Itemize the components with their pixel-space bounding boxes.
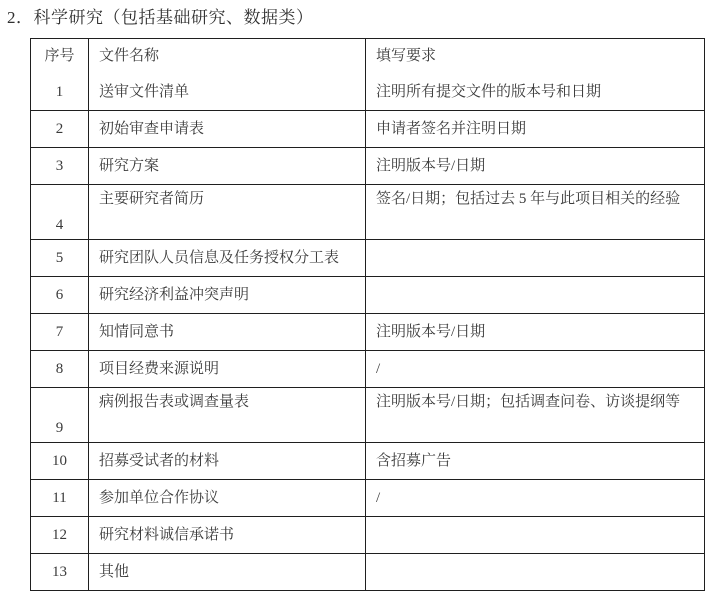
document-page: 2．科学研究（包括基础研究、数据类） 序号 文件名称 填写要求 1送审文件清单注… bbox=[0, 0, 716, 615]
table-row: 5研究团队人员信息及任务授权分工表 bbox=[31, 239, 704, 276]
table-row: 9病例报告表或调查量表注明版本号/日期；包括调查问卷、访谈提纲等 bbox=[31, 387, 704, 442]
table-row: 10招募受试者的材料含招募广告 bbox=[31, 442, 704, 479]
table-row: 13其他 bbox=[31, 553, 704, 590]
document-name: 研究材料诚信承诺书 bbox=[88, 517, 365, 553]
table-row: 6研究经济利益冲突声明 bbox=[31, 276, 704, 313]
table-row: 8项目经费来源说明/ bbox=[31, 350, 704, 387]
row-number: 7 bbox=[31, 314, 88, 350]
document-name: 主要研究者简历 bbox=[88, 185, 365, 239]
fill-requirement: / bbox=[365, 480, 704, 516]
table-row: 7知情同意书注明版本号/日期 bbox=[31, 313, 704, 350]
fill-requirement bbox=[365, 554, 704, 590]
table-row: 1送审文件清单注明所有提交文件的版本号和日期 bbox=[31, 73, 704, 110]
row-number: 13 bbox=[31, 554, 88, 590]
row-number: 11 bbox=[31, 480, 88, 516]
row-number: 12 bbox=[31, 517, 88, 553]
section-title: 2．科学研究（包括基础研究、数据类） bbox=[7, 7, 314, 29]
table-row: 3研究方案注明版本号/日期 bbox=[31, 147, 704, 184]
fill-requirement bbox=[365, 240, 704, 276]
row-number: 3 bbox=[31, 148, 88, 184]
document-name: 研究经济利益冲突声明 bbox=[88, 277, 365, 313]
header-fill-requirement: 填写要求 bbox=[365, 39, 704, 73]
table-row: 4主要研究者简历签名/日期；包括过去 5 年与此项目相关的经验 bbox=[31, 184, 704, 239]
document-name: 初始审查申请表 bbox=[88, 111, 365, 147]
document-name: 病例报告表或调查量表 bbox=[88, 388, 365, 442]
fill-requirement: 签名/日期；包括过去 5 年与此项目相关的经验 bbox=[365, 185, 704, 239]
fill-requirement: 申请者签名并注明日期 bbox=[365, 111, 704, 147]
table-body: 1送审文件清单注明所有提交文件的版本号和日期2初始审查申请表申请者签名并注明日期… bbox=[31, 73, 704, 590]
row-number: 6 bbox=[31, 277, 88, 313]
row-number: 5 bbox=[31, 240, 88, 276]
fill-requirement bbox=[365, 277, 704, 313]
table-row: 2初始审查申请表申请者签名并注明日期 bbox=[31, 110, 704, 147]
fill-requirement: 注明版本号/日期 bbox=[365, 314, 704, 350]
row-number: 4 bbox=[31, 185, 88, 239]
document-name: 项目经费来源说明 bbox=[88, 351, 365, 387]
row-number: 8 bbox=[31, 351, 88, 387]
document-name: 参加单位合作协议 bbox=[88, 480, 365, 516]
document-name: 招募受试者的材料 bbox=[88, 443, 365, 479]
fill-requirement: 含招募广告 bbox=[365, 443, 704, 479]
document-name: 其他 bbox=[88, 554, 365, 590]
header-seq-number: 序号 bbox=[31, 39, 88, 73]
fill-requirement: 注明所有提交文件的版本号和日期 bbox=[365, 73, 704, 110]
document-name: 研究方案 bbox=[88, 148, 365, 184]
table-row: 11参加单位合作协议/ bbox=[31, 479, 704, 516]
row-number: 2 bbox=[31, 111, 88, 147]
fill-requirement: / bbox=[365, 351, 704, 387]
table-row: 12研究材料诚信承诺书 bbox=[31, 516, 704, 553]
table-header-row: 序号 文件名称 填写要求 bbox=[31, 39, 704, 73]
document-name: 送审文件清单 bbox=[88, 73, 365, 110]
document-name: 研究团队人员信息及任务授权分工表 bbox=[88, 240, 365, 276]
row-number: 9 bbox=[31, 388, 88, 442]
header-document-name: 文件名称 bbox=[88, 39, 365, 73]
fill-requirement: 注明版本号/日期 bbox=[365, 148, 704, 184]
row-number: 1 bbox=[31, 73, 88, 110]
fill-requirement bbox=[365, 517, 704, 553]
document-name: 知情同意书 bbox=[88, 314, 365, 350]
fill-requirement: 注明版本号/日期；包括调查问卷、访谈提纲等 bbox=[365, 388, 704, 442]
documents-table: 序号 文件名称 填写要求 1送审文件清单注明所有提交文件的版本号和日期2初始审查… bbox=[30, 38, 705, 591]
row-number: 10 bbox=[31, 443, 88, 479]
